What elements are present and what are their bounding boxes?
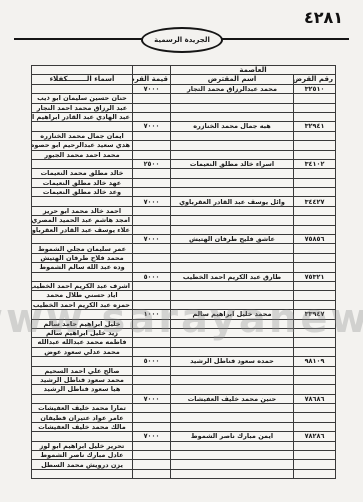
guarantor-name-cell: صالح علي احمد السحيم — [32, 366, 133, 375]
empty-cell — [294, 404, 336, 413]
empty-cell — [133, 253, 171, 262]
empty-cell — [133, 281, 171, 290]
empty-cell — [133, 413, 171, 422]
empty-cell — [171, 366, 294, 375]
empty-cell — [294, 460, 336, 469]
borrower-row: ٧٥٨٥٦عاشق فليح طرفان الهتيش٧٠٠٠ — [32, 235, 336, 244]
empty-cell — [133, 441, 171, 450]
empty-cell — [171, 375, 294, 384]
empty-cell — [133, 94, 171, 103]
guarantor-name-cell: عمر سليمان مجلي الشموط — [32, 244, 133, 253]
empty-cell — [294, 150, 336, 159]
empty-cell — [171, 178, 294, 187]
empty-cell — [294, 216, 336, 225]
guarantor-row: عبد الرزاق محمد احمد النجار — [32, 103, 336, 112]
empty-cell — [171, 469, 294, 478]
loan-number-cell: ٣٤١٠٢ — [294, 159, 336, 168]
empty-filler-row — [32, 469, 336, 478]
empty-cell — [171, 441, 294, 450]
borrower-row: ٧٨٦٨٦حنين محمد خليف العفيشات٧٠٠٠ — [32, 394, 336, 403]
empty-cell — [294, 225, 336, 234]
empty-cell — [171, 413, 294, 422]
loan-number-cell: ٧٨٢٨٦ — [294, 432, 336, 441]
empty-cell — [294, 281, 336, 290]
empty-cell — [294, 141, 336, 150]
empty-cell — [171, 404, 294, 413]
guarantor-row: امجد هاشم عبد الحميد المصري — [32, 216, 336, 225]
guarantor-row: عهد خالد مطلق النعيمات — [32, 178, 336, 187]
empty-cell — [294, 206, 336, 215]
empty-cell — [294, 253, 336, 262]
empty-cell — [133, 404, 171, 413]
guarantor-row: عمر سليمان مجلي الشموط — [32, 244, 336, 253]
borrower-row: ٧٨٢٨٦ايمن مبارك ناصر الشموط٧٠٠٠ — [32, 432, 336, 441]
borrower-name-cell: حنين محمد خليف العفيشات — [171, 394, 294, 403]
empty-cell — [171, 188, 294, 197]
loan-amount-cell: ٥٠٠٠ — [133, 357, 171, 366]
borrower-row: ٣٤١٠٢اسراء خالد مطلق النعيمات٢٥٠٠ — [32, 159, 336, 168]
guarantor-row: حنان حسين سليمان ابو ذيب — [32, 94, 336, 103]
guarantor-row: هدي سعيد عبدالرحيم ابو حصوه — [32, 141, 336, 150]
region-header-row: العاصمة — [32, 66, 336, 75]
borrower-name-cell: حمده سعود فناطل الرشيد — [171, 357, 294, 366]
guarantor-name-cell: عادل مبارك ناصر الشموط — [32, 451, 133, 460]
empty-cell — [171, 385, 294, 394]
empty-cell — [171, 244, 294, 253]
empty-cell — [294, 178, 336, 187]
guarantor-name-cell: تمارا محمد خليف العفيشات — [32, 404, 133, 413]
loan-amount-cell: ٧٠٠٠ — [133, 432, 171, 441]
guarantor-row: تمارا محمد خليف العفيشات — [32, 404, 336, 413]
empty-cell — [171, 169, 294, 178]
empty-cell — [294, 169, 336, 178]
empty-cell — [171, 206, 294, 215]
borrower-row: ٣٢٥١٠محمد عبدالرزاق محمد التجار٧٠٠٠ — [32, 84, 336, 93]
empty-cell — [171, 216, 294, 225]
guarantor-name-cell: محمد عدلي سعود عوض — [32, 347, 133, 356]
guarantor-name-cell: تحرير خليل ابراهيم ابو لوز — [32, 441, 133, 450]
empty-cell — [133, 385, 171, 394]
empty-cell — [133, 169, 171, 178]
loan-number-cell: ٣٤٤٢٧ — [294, 197, 336, 206]
watermark: www.sarayanews.com — [0, 296, 363, 342]
borrower-row: ٣٢٩٤١هبه جمال محمد الخنازره٧٠٠٠ — [32, 122, 336, 131]
empty-cell — [294, 131, 336, 140]
loan-number-cell: ٩٨١٠٩ — [294, 357, 336, 366]
empty-cell — [32, 235, 133, 244]
guarantor-row: مالك محمد خليف العفيشات — [32, 422, 336, 431]
empty-cell — [32, 197, 133, 206]
empty-cell — [294, 366, 336, 375]
empty-cell — [133, 469, 171, 478]
empty-cell — [294, 94, 336, 103]
empty-cell — [171, 263, 294, 272]
gazette-banner-label: الجريدة الرسمية — [154, 36, 210, 44]
empty-cell — [171, 225, 294, 234]
loan-amount-cell: ٢٥٠٠ — [133, 159, 171, 168]
empty-cell — [171, 460, 294, 469]
empty-cell — [133, 131, 171, 140]
borrower-name-cell: اسراء خالد مطلق النعيمات — [171, 159, 294, 168]
empty-cell — [171, 131, 294, 140]
empty-cell — [133, 451, 171, 460]
guarantor-row: احمد خالد محمد ابو حريز — [32, 206, 336, 215]
empty-cell — [171, 253, 294, 262]
empty-cell — [32, 394, 133, 403]
guarantor-row: اشرف عبد الكريم احمد الخطيب — [32, 281, 336, 290]
guarantor-name-cell: وده عبد الله سالم الشموط — [32, 263, 133, 272]
loan-number-cell: ٣٢٩٤١ — [294, 122, 336, 131]
guarantor-name-cell: محمد فلاح طرفان الهتيش — [32, 253, 133, 262]
empty-cell — [133, 141, 171, 150]
empty-cell — [133, 460, 171, 469]
borrower-name-cell: وائل يوسف عبد القادر العقرباوي — [171, 197, 294, 206]
guarantor-name-cell: هيا سعود فناطل الرشيد — [32, 385, 133, 394]
empty-cell — [133, 206, 171, 215]
loan-number-cell: ٣٢٥١٠ — [294, 84, 336, 93]
guarantor-name-cell: يزن درويش محمد السطل — [32, 460, 133, 469]
guarantor-name-cell: وعد خالد مطلق النعيمات — [32, 188, 133, 197]
guarantor-name-cell: مالك محمد خليف العفيشات — [32, 422, 133, 431]
empty-cell — [171, 451, 294, 460]
col-header-borrower: اسم المقترض — [171, 75, 294, 84]
guarantor-name-cell: خالد مطلق محمد النعيمات — [32, 169, 133, 178]
empty-cell — [294, 103, 336, 112]
empty-cell — [133, 103, 171, 112]
guarantor-row: محمد احمد محمد الجبور — [32, 150, 336, 159]
guarantor-row: عامر عواد عتيران قطيفان — [32, 413, 336, 422]
empty-cell — [171, 103, 294, 112]
loan-amount-cell: ٧٠٠٠ — [133, 235, 171, 244]
guarantor-name-cell: حنان حسين سليمان ابو ذيب — [32, 94, 133, 103]
guarantor-row: تحرير خليل ابراهيم ابو لوز — [32, 441, 336, 450]
gazette-banner-ellipse: الجريدة الرسمية — [141, 27, 223, 53]
empty-cell — [133, 66, 171, 75]
gazette-page: ٤٢٨١ الجريدة الرسمية العاصمة رقم القرض ا… — [0, 0, 363, 502]
empty-cell — [32, 122, 133, 131]
guarantor-name-cell: امجد هاشم عبد الحميد المصري — [32, 216, 133, 225]
empty-cell — [32, 469, 133, 478]
borrower-row: ٧٥٣٢١طارق عبد الكريم احمد الخطيب٥٠٠٠ — [32, 272, 336, 281]
guarantor-row: محمد عدلي سعود عوض — [32, 347, 336, 356]
loan-amount-cell: ٧٠٠٠ — [133, 122, 171, 131]
borrower-row: ٩٨١٠٩حمده سعود فناطل الرشيد٥٠٠٠ — [32, 357, 336, 366]
loan-amount-cell: ٥٠٠٠ — [133, 272, 171, 281]
guarantor-row: صالح علي احمد السحيم — [32, 366, 336, 375]
borrower-name-cell: ايمن مبارك ناصر الشموط — [171, 432, 294, 441]
borrower-name-cell: طارق عبد الكريم احمد الخطيب — [171, 272, 294, 281]
loan-amount-cell: ٧٠٠٠ — [133, 197, 171, 206]
guarantor-name-cell: عبد الرزاق محمد احمد النجار — [32, 103, 133, 112]
empty-cell — [133, 216, 171, 225]
empty-cell — [171, 141, 294, 150]
empty-cell — [133, 347, 171, 356]
empty-cell — [133, 244, 171, 253]
guarantor-name-cell: محمد احمد محمد الجبور — [32, 150, 133, 159]
guarantor-name-cell: هدي سعيد عبدالرحيم ابو حصوه — [32, 141, 133, 150]
empty-cell — [294, 112, 336, 121]
empty-cell — [171, 422, 294, 431]
guarantor-name-cell: ايمان جمال محمد الخنازره — [32, 131, 133, 140]
empty-cell — [133, 422, 171, 431]
guarantor-name-cell: اشرف عبد الكريم احمد الخطيب — [32, 281, 133, 290]
empty-cell — [294, 469, 336, 478]
col-header-guarantors: أسماء الــــــــكفلاء — [32, 75, 133, 84]
empty-cell — [133, 150, 171, 159]
page-number: ٤٢٨١ — [304, 8, 343, 27]
borrower-row: ٣٤٤٢٧وائل يوسف عبد القادر العقرباوي٧٠٠٠ — [32, 197, 336, 206]
empty-cell — [32, 159, 133, 168]
borrower-name-cell: محمد عبدالرزاق محمد التجار — [171, 84, 294, 93]
col-header-loan-number: رقم القرض — [294, 75, 336, 84]
empty-cell — [294, 188, 336, 197]
empty-cell — [133, 188, 171, 197]
guarantor-row: يزن درويش محمد السطل — [32, 460, 336, 469]
loan-number-cell: ٧٥٨٥٦ — [294, 235, 336, 244]
guarantor-row: محمد سعود فناطل الرشيد — [32, 375, 336, 384]
empty-cell — [171, 94, 294, 103]
guarantor-row: وده عبد الله سالم الشموط — [32, 263, 336, 272]
guarantor-row: خالد مطلق محمد النعيمات — [32, 169, 336, 178]
empty-cell — [133, 225, 171, 234]
empty-cell — [133, 375, 171, 384]
guarantor-name-cell: عامر عواد عتيران قطيفان — [32, 413, 133, 422]
empty-cell — [171, 281, 294, 290]
loan-number-cell: ٧٨٦٨٦ — [294, 394, 336, 403]
empty-cell — [294, 244, 336, 253]
empty-cell — [32, 84, 133, 93]
empty-cell — [133, 366, 171, 375]
empty-cell — [133, 112, 171, 121]
empty-cell — [32, 432, 133, 441]
column-header-row: رقم القرض اسم المقترض قيمة القرض أسماء ا… — [32, 75, 336, 84]
loan-number-cell: ٧٥٣٢١ — [294, 272, 336, 281]
guarantor-row: محمد فلاح طرفان الهتيش — [32, 253, 336, 262]
empty-cell — [32, 272, 133, 281]
empty-cell — [294, 413, 336, 422]
empty-cell — [171, 150, 294, 159]
empty-cell — [294, 263, 336, 272]
empty-cell — [171, 347, 294, 356]
col-header-amount: قيمة القرض — [133, 75, 171, 84]
empty-cell — [171, 112, 294, 121]
region-header-cell: العاصمة — [171, 66, 336, 75]
empty-cell — [294, 422, 336, 431]
guarantor-row: وعد خالد مطلق النعيمات — [32, 188, 336, 197]
guarantor-row: ايمان جمال محمد الخنازره — [32, 131, 336, 140]
loan-amount-cell: ٧٠٠٠ — [133, 394, 171, 403]
loans-table: العاصمة رقم القرض اسم المقترض قيمة القرض… — [31, 65, 336, 479]
guarantor-row: عبد الهادي عبد القادر ابراهيم التجار — [32, 112, 336, 121]
empty-cell — [133, 178, 171, 187]
guarantor-name-cell: محمد سعود فناطل الرشيد — [32, 375, 133, 384]
empty-cell — [294, 347, 336, 356]
empty-cell — [32, 66, 133, 75]
empty-cell — [294, 451, 336, 460]
borrower-name-cell: هبه جمال محمد الخنازره — [171, 122, 294, 131]
guarantor-name-cell: احمد خالد محمد ابو حريز — [32, 206, 133, 215]
guarantor-row: عادل مبارك ناصر الشموط — [32, 451, 336, 460]
empty-cell — [133, 263, 171, 272]
loan-amount-cell: ٧٠٠٠ — [133, 84, 171, 93]
guarantor-name-cell: عهد خالد مطلق النعيمات — [32, 178, 133, 187]
empty-cell — [32, 357, 133, 366]
guarantor-row: هيا سعود فناطل الرشيد — [32, 385, 336, 394]
empty-cell — [294, 441, 336, 450]
borrower-name-cell: عاشق فليح طرفان الهتيش — [171, 235, 294, 244]
empty-cell — [294, 375, 336, 384]
guarantor-row: علاء يوسف عبد القادر العقرباوي — [32, 225, 336, 234]
empty-cell — [294, 385, 336, 394]
guarantor-name-cell: علاء يوسف عبد القادر العقرباوي — [32, 225, 133, 234]
guarantor-name-cell: عبد الهادي عبد القادر ابراهيم التجار — [32, 112, 133, 121]
